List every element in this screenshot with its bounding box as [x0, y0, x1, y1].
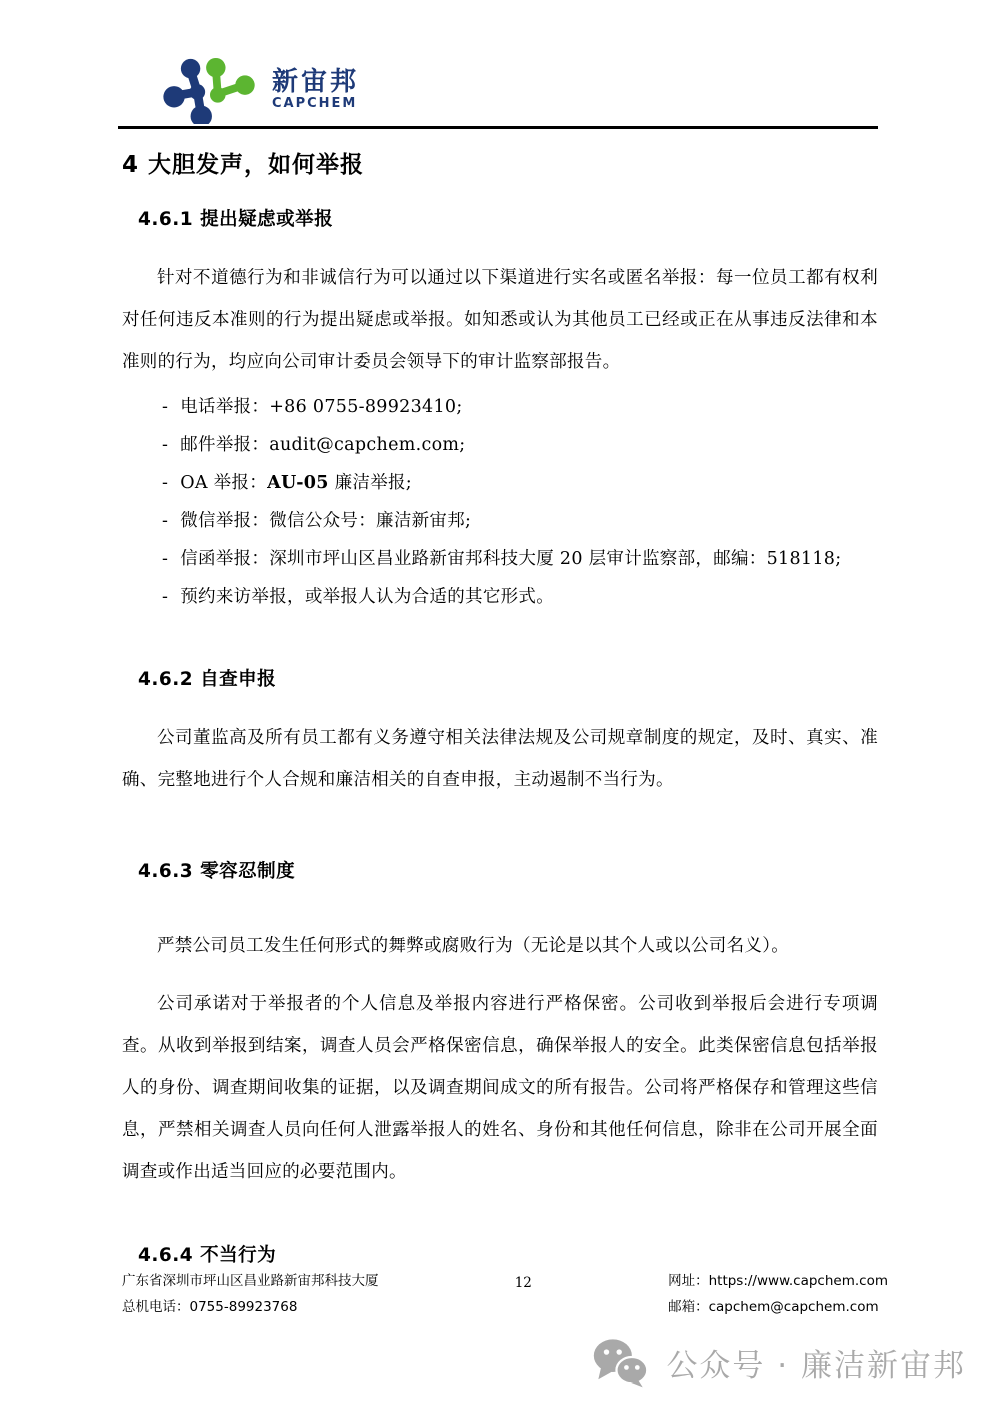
page-number: 12 — [515, 1268, 532, 1296]
dash-marker: - — [162, 471, 168, 495]
wechat-icon — [592, 1336, 650, 1388]
dash-marker: - — [162, 509, 168, 533]
list-item-oa-report: -OA 举报：AU-05 廉洁举报; — [162, 471, 878, 495]
watermark-text: 公众号 · 廉洁新宙邦 — [666, 1340, 966, 1385]
item-value: +86 0755-89923410; — [269, 397, 462, 417]
dash-marker: - — [162, 395, 168, 419]
section-heading-461: 4.6.1 提出疑虑或举报 — [138, 207, 878, 233]
section-heading-463: 4.6.3 零容忍制度 — [138, 859, 878, 885]
section-heading-462: 4.6.2 自查申报 — [138, 667, 878, 693]
wechat-watermark: 公众号 · 廉洁新宙邦 — [592, 1336, 966, 1388]
footer-contact-block: 网址：https://www.capchem.com 邮箱：capchem@ca… — [668, 1268, 888, 1320]
footer-phone-label: 总机电话： — [122, 1299, 190, 1315]
page-footer: 广东省深圳市坪山区昌业路新宙邦科技大厦 总机电话：0755-89923768 1… — [122, 1268, 888, 1320]
list-item-visit-report: -预约来访举报，或举报人认为合适的其它形式。 — [162, 585, 878, 609]
report-channel-list: -电话举报：+86 0755-89923410; -邮件举报：audit@cap… — [162, 395, 878, 609]
dash-marker: - — [162, 547, 168, 571]
item-label: 信函举报： — [180, 549, 269, 569]
section-463-paragraph-1: 严禁公司员工发生任何形式的舞弊或腐败行为（无论是以其个人或以公司名义）。 — [122, 925, 878, 967]
capchem-logo-mark-icon — [158, 56, 262, 124]
section-461-paragraph: 针对不道德行为和非诚信行为可以通过以下渠道进行实名或匿名举报：每一位员工都有权利… — [122, 257, 878, 383]
dash-marker: - — [162, 585, 168, 609]
logo-name-cn: 新宙邦 — [272, 68, 359, 96]
capchem-logo-text: 新宙邦 CAPCHEM — [272, 68, 359, 112]
section-463-paragraph-2: 公司承诺对于举报者的个人信息及举报内容进行严格保密。公司收到举报后会进行专项调查… — [122, 983, 878, 1193]
item-value: 微信公众号：廉洁新宙邦; — [269, 511, 471, 531]
section-heading-464: 4.6.4 不当行为 — [138, 1243, 878, 1269]
item-label: 电话举报： — [180, 397, 269, 417]
header-divider — [118, 126, 878, 129]
footer-mail-line: 邮箱：capchem@capchem.com — [668, 1294, 888, 1320]
item-label: 邮件举报： — [180, 435, 269, 455]
item-value: 预约来访举报，或举报人认为合适的其它形式。 — [180, 587, 554, 607]
section-462-paragraph: 公司董监高及所有员工都有义务遵守相关法律法规及公司规章制度的规定，及时、真实、准… — [122, 717, 878, 801]
footer-website: https://www.capchem.com — [709, 1273, 888, 1289]
item-label: OA 举报： — [180, 473, 267, 493]
footer-phone: 0755-89923768 — [190, 1299, 298, 1315]
list-item-email-report: -邮件举报：audit@capchem.com; — [162, 433, 878, 457]
item-bold-code: AU-05 — [267, 473, 329, 493]
footer-mail-label: 邮箱： — [668, 1299, 709, 1315]
footer-phone-line: 总机电话：0755-89923768 — [122, 1294, 379, 1320]
footer-address-block: 广东省深圳市坪山区昌业路新宙邦科技大厦 总机电话：0755-89923768 — [122, 1268, 379, 1320]
chapter-title: 4 大胆发声，如何举报 — [122, 149, 878, 181]
footer-email: capchem@capchem.com — [709, 1299, 879, 1315]
logo-name-en: CAPCHEM — [272, 96, 359, 112]
item-value: 廉洁举报; — [329, 473, 412, 493]
dash-marker: - — [162, 433, 168, 457]
page-header: 新宙邦 CAPCHEM — [122, 0, 878, 129]
capchem-logo: 新宙邦 CAPCHEM — [158, 56, 878, 124]
footer-web-label: 网址： — [668, 1273, 709, 1289]
item-label: 微信举报： — [180, 511, 269, 531]
item-value: audit@capchem.com; — [269, 435, 465, 455]
list-item-wechat-report: -微信举报：微信公众号：廉洁新宙邦; — [162, 509, 878, 533]
list-item-phone-report: -电话举报：+86 0755-89923410; — [162, 395, 878, 419]
footer-web-line: 网址：https://www.capchem.com — [668, 1268, 888, 1294]
footer-address: 广东省深圳市坪山区昌业路新宙邦科技大厦 — [122, 1268, 379, 1294]
item-value: 深圳市坪山区昌业路新宙邦科技大厦 20 层审计监察部，邮编：518118; — [269, 549, 841, 569]
document-page: 新宙邦 CAPCHEM 4 大胆发声，如何举报 4.6.1 提出疑虑或举报 针对… — [0, 0, 992, 1403]
list-item-letter-report: -信函举报：深圳市坪山区昌业路新宙邦科技大厦 20 层审计监察部，邮编：5181… — [162, 547, 878, 571]
